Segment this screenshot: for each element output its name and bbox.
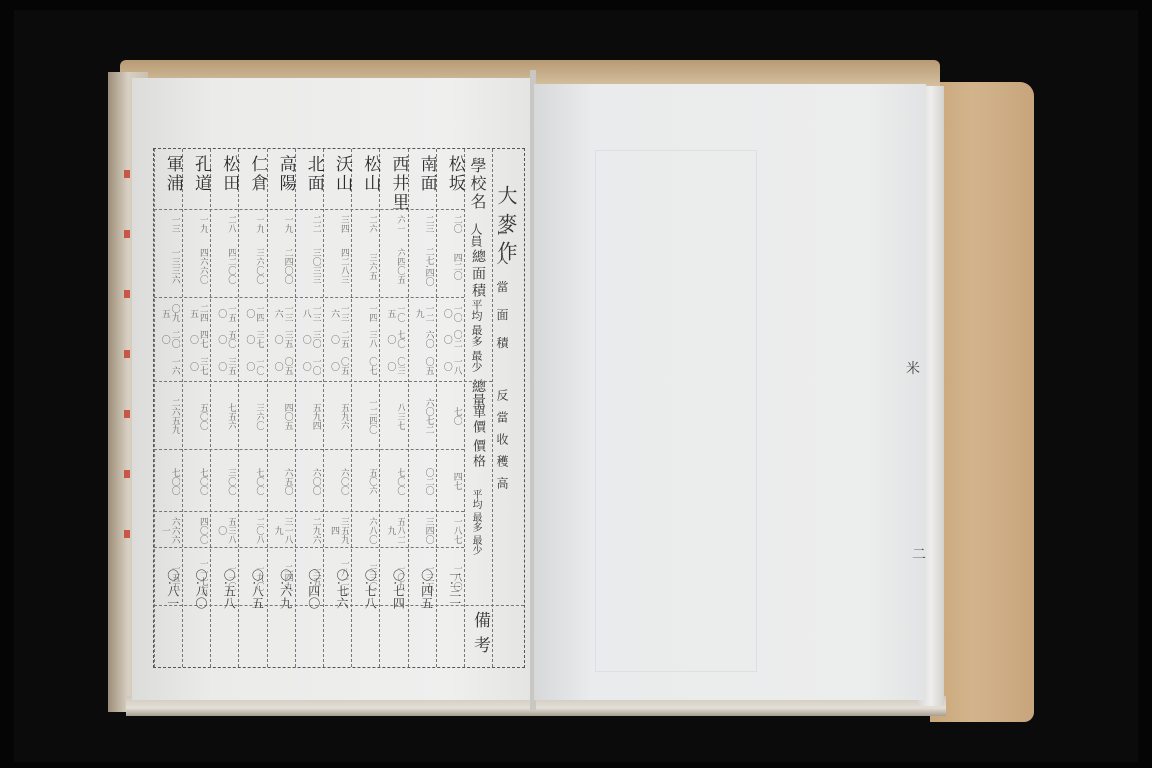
- cell-unit-price: 六五〇: [269, 453, 293, 509]
- cell-total-yield: 七五六: [212, 385, 236, 447]
- cell-personnel: 二二: [297, 213, 321, 235]
- column-divider: [408, 149, 409, 667]
- cell-personnel: 二〇: [438, 213, 462, 235]
- cell-total-yield: 五九六: [325, 385, 349, 447]
- header-total-area: 總面積: [468, 249, 488, 300]
- cell-ratio: 一.三一: [438, 569, 464, 609]
- cell-least: 〇五〇: [269, 353, 293, 379]
- cell-total-area: 四二八三: [325, 237, 349, 295]
- header-school-name: 學校名: [466, 157, 489, 211]
- school-name: 高陽: [269, 155, 297, 193]
- school-name: 西井里: [381, 155, 409, 212]
- cell-total-yield: 五九四: [297, 385, 321, 447]
- column-divider: [267, 149, 268, 667]
- school-name: 松坂: [438, 155, 466, 193]
- header-area-per-unit: 1人當面積: [494, 229, 511, 365]
- cell-price: 三四〇: [410, 515, 434, 545]
- cell-total-area: 二四〇〇: [269, 237, 293, 295]
- header-personnel: 人員: [468, 223, 485, 247]
- cell-price: 五八二九: [381, 515, 405, 545]
- cell-least: 三五〇: [212, 353, 236, 379]
- cell-total-yield: 七〇: [438, 385, 462, 447]
- cell-most: 〇二〇: [438, 327, 462, 351]
- cell-total-yield: 八三七: [381, 385, 405, 447]
- header-unit-price: 單價: [468, 405, 487, 435]
- cell-total-area: 四六六〇: [184, 237, 208, 295]
- cell-ratio: 〇.六九: [269, 569, 295, 609]
- cell-least: 一〇〇: [297, 353, 321, 379]
- cell-total-area: 二七.四〇: [410, 237, 434, 295]
- school-name: 仁倉: [240, 155, 268, 193]
- cell-price: 三五九四: [325, 515, 349, 545]
- column-divider: [238, 149, 239, 667]
- cell-total-area: 三〇三三: [297, 237, 321, 295]
- cell-least: 〇三〇: [381, 353, 405, 379]
- margin-mark-two: 二: [912, 544, 926, 564]
- cell-ratio: 〇.八一: [156, 569, 182, 609]
- cell-total-area: 四二〇〇: [212, 237, 236, 295]
- header-column-divider: [464, 149, 465, 667]
- red-binding-mark: [124, 170, 130, 580]
- cell-personnel: 六一: [381, 213, 405, 235]
- cell-most: 二〇〇: [156, 327, 180, 351]
- cell-most: 四七〇: [184, 327, 208, 351]
- cell-price: 四〇〇: [184, 515, 208, 545]
- cell-avg: 一三六: [269, 301, 293, 325]
- cell-personnel: 一三: [156, 213, 180, 235]
- cell-least: 〇五〇: [325, 353, 349, 379]
- cell-least: 一八〇: [438, 353, 462, 379]
- cell-avg: 一二九: [410, 301, 434, 325]
- cell-unit-price: 七〇〇: [240, 453, 264, 509]
- cell-most: 三五〇: [269, 327, 293, 351]
- cell-least: 〇七: [353, 353, 377, 379]
- cell-price: 二九六: [297, 515, 321, 545]
- cell-unit-price: 七〇〇: [156, 453, 180, 509]
- header-remarks: 備考: [468, 611, 493, 661]
- cell-total-yield: 五〇〇: [184, 385, 208, 447]
- column-divider: [351, 149, 352, 667]
- column-divider: [436, 149, 437, 667]
- cell-ratio: 〇.七四: [381, 569, 407, 609]
- school-name: 軍浦: [156, 155, 184, 193]
- cell-most: 七〇〇: [381, 327, 405, 351]
- cell-total-yield: 三六〇: [240, 385, 264, 447]
- column-divider: [154, 149, 155, 667]
- cell-price: 五三八〇: [212, 515, 236, 545]
- header-total-yield: 總量: [468, 379, 488, 407]
- school-name: 松山: [353, 155, 381, 193]
- data-table: 學校名 人員 總面積 1人當面積 平均 最多 最少 總量 單價 價格 反當收穫高…: [153, 148, 525, 668]
- cell-ratio: 〇.七六: [325, 569, 351, 609]
- cell-avg: 一四: [353, 301, 377, 325]
- cell-ratio: 〇.八五: [240, 569, 266, 609]
- cell-unit-price: 六〇〇: [325, 453, 349, 509]
- school-name: 南面: [410, 155, 438, 193]
- header-price: 價格: [468, 439, 487, 469]
- cell-unit-price: 五〇六: [353, 453, 377, 509]
- cell-price: 六八〇: [353, 515, 377, 545]
- cell-ratio: 〇.五八: [212, 569, 238, 609]
- cell-avg: 一四〇: [240, 301, 264, 325]
- column-divider: [379, 149, 380, 667]
- school-name: 松田: [212, 155, 240, 193]
- cell-most: 三七〇: [240, 327, 264, 351]
- cell-unit-price: 〇二〇: [410, 453, 434, 509]
- row-divider: [154, 511, 464, 512]
- header-yield-per-tan: 反當收穫高: [494, 389, 511, 499]
- cell-total-area: 六四〇五: [381, 237, 405, 295]
- cell-least: 一六: [156, 353, 180, 379]
- cell-personnel: 一九: [240, 213, 264, 235]
- row-divider: [154, 547, 464, 548]
- cell-ratio: 〇.七八: [353, 569, 379, 609]
- cell-avg: 一〇〇: [438, 301, 462, 325]
- cell-ratio: 〇.四五: [410, 569, 436, 609]
- cell-most: 三八: [353, 327, 377, 351]
- column-divider: [295, 149, 296, 667]
- cell-total-yield: 一二四〇: [353, 385, 377, 447]
- cell-total-yield: 六〇七二: [410, 385, 434, 447]
- cell-price: 二〇八: [240, 515, 264, 545]
- header-avg-most-least-per-tan: 平均 最多 最少: [468, 489, 483, 555]
- cell-avg: 一五〇: [212, 301, 236, 325]
- row-divider: [154, 209, 464, 210]
- cell-price: 三一八九: [269, 515, 293, 545]
- header-avg-most-least: 平均 最多 最少: [468, 299, 484, 372]
- cell-unit-price: 六〇〇: [297, 453, 321, 509]
- cell-personnel: 二六: [353, 213, 377, 235]
- column-divider: [182, 149, 183, 667]
- cell-total-yield: 二六五九: [156, 385, 180, 447]
- cell-most: 六〇: [410, 327, 434, 351]
- cell-avg: 一三八: [297, 301, 321, 325]
- cell-least: 〇五: [410, 353, 434, 379]
- column-divider: [323, 149, 324, 667]
- school-name: 北面: [297, 155, 325, 193]
- cell-personnel: 一九: [184, 213, 208, 235]
- school-name: 孔道: [184, 155, 212, 193]
- cell-unit-price: 七〇〇: [184, 453, 208, 509]
- cell-ratio: 〇.四〇: [297, 569, 323, 609]
- cell-most: 二五〇: [325, 327, 349, 351]
- cell-least: 三七〇: [184, 353, 208, 379]
- cell-personnel: 一九: [269, 213, 293, 235]
- cell-avg: 二四五: [184, 301, 208, 325]
- header-subcolumn-divider: [492, 149, 493, 667]
- cell-total-area: 三六五: [353, 237, 377, 295]
- cell-avg: 〇九五: [156, 301, 180, 325]
- cell-least: 一〇〇: [240, 353, 264, 379]
- cell-unit-price: 四七: [438, 453, 462, 509]
- cell-personnel: 二三: [410, 213, 434, 235]
- column-divider: [210, 149, 211, 667]
- school-name: 沃山: [325, 155, 353, 193]
- cell-unit-price: 三〇〇: [212, 453, 236, 509]
- cell-personnel: 三四: [325, 213, 349, 235]
- row-divider: [154, 297, 464, 298]
- cell-total-area: 三六〇〇: [240, 237, 264, 295]
- cell-most: 五〇〇: [212, 327, 236, 351]
- cell-avg: 一三六: [325, 301, 349, 325]
- cell-most: 三〇〇: [297, 327, 321, 351]
- cell-price: 六六六一: [156, 515, 180, 545]
- cell-price: 一八七: [438, 515, 462, 545]
- bleed-through-grid: [595, 150, 757, 672]
- margin-mark-rice: 米: [906, 358, 920, 378]
- cell-ratio: 〇.八〇: [184, 569, 210, 609]
- row-divider: [154, 449, 464, 450]
- cell-avg: 一〇五: [381, 301, 405, 325]
- cell-unit-price: 七〇〇: [381, 453, 405, 509]
- cell-total-yield: 四〇五: [269, 385, 293, 447]
- cell-total-area: 一三三六: [156, 237, 180, 295]
- cell-total-area: 四二〇: [438, 237, 462, 295]
- cell-personnel: 二八: [212, 213, 236, 235]
- back-cover: [930, 82, 1034, 722]
